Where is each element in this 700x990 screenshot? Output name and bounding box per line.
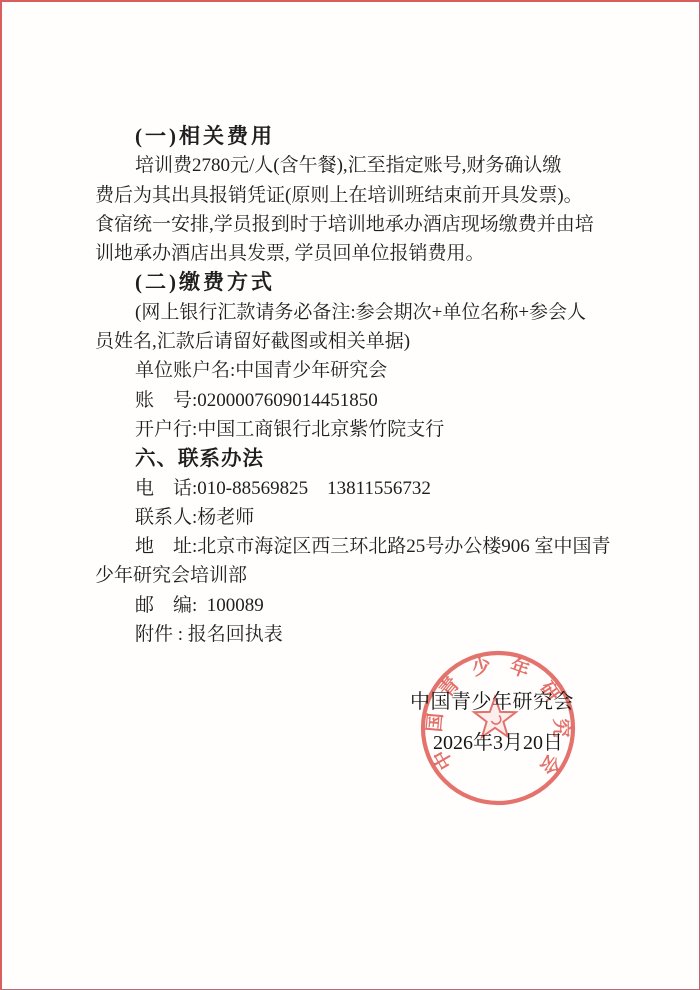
text-line: 电 话:010-88569825 13811556732 xyxy=(95,474,620,503)
text-line: 单位账户名:中国青少年研究会 xyxy=(95,356,620,385)
text-line: 费后为其出具报销凭证(原则上在培训班结束前开具发票)。 xyxy=(95,181,620,210)
text-line: (网上银行汇款请务必备注:参会期次+单位名称+参会人 xyxy=(95,298,620,327)
document-page: (一)相关费用培训费2780元/人(含午餐),汇至指定账号,财务确认缴费后为其出… xyxy=(0,0,700,990)
text-line: 员姓名,汇款后请留好截图或相关单据) xyxy=(95,327,620,356)
text-line: 联系人:杨老师 xyxy=(95,503,620,532)
text-line: 开户行:中国工商银行北京紫竹院支行 xyxy=(95,415,620,444)
text-line: 食宿统一安排,学员报到时于培训地承办酒店现场缴费并由培 xyxy=(95,210,620,239)
section-heading: 六、联系办法 xyxy=(95,444,620,473)
text-line: 邮 编: 100089 xyxy=(95,591,620,620)
text-line: 训地承办酒店出具发票, 学员回单位报销费用。 xyxy=(95,239,620,268)
text-line: 账 号:0200007609014451850 xyxy=(95,386,620,415)
text-line: 地 址:北京市海淀区西三环北路25号办公楼906 室中国青 xyxy=(95,532,620,561)
section-heading: (一)相关费用 xyxy=(95,122,620,151)
document-lines: (一)相关费用培训费2780元/人(含午餐),汇至指定账号,财务确认缴费后为其出… xyxy=(95,122,620,649)
signature-organization: 中国青少年研究会 xyxy=(406,685,578,714)
text-line: 少年研究会培训部 xyxy=(95,561,620,590)
signature-date: 2026年3月20日 xyxy=(417,726,579,755)
section-heading: (二)缴费方式 xyxy=(95,268,620,297)
text-line: 培训费2780元/人(含午餐),汇至指定账号,财务确认缴 xyxy=(95,151,620,180)
